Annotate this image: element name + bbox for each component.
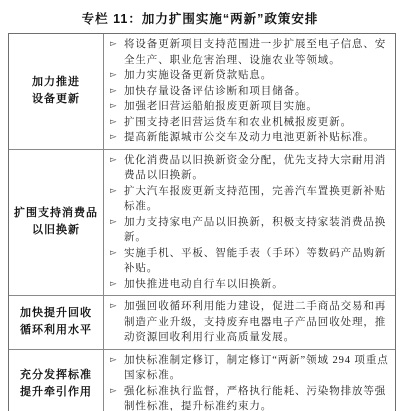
bullet-text: 加快标准制定修订，制定修订“两新”领域 294 项重点国家标准。: [124, 353, 391, 384]
bullet-text: 将设备更新项目支持范围进一步扩展至电子信息、安全生产、职业危害治理、设施农业等领…: [124, 37, 391, 68]
row-content-equipment-renewal: ▻ 将设备更新项目支持范围进一步扩展至电子信息、安全生产、职业危害治理、设施农业…: [104, 34, 395, 149]
arrow-bullet-icon: ▻: [110, 37, 124, 53]
bullet-item: ▻ 强化标准执行监督，严格执行能耗、污染物排放等强制性标准，提升标准约束力。: [110, 384, 391, 411]
row-header-standards: 充分发挥标准 提升牵引作用: [9, 350, 104, 411]
table-row-consumer-tradein: 扩围支持消费品 以旧换新 ▻ 优化消费品以旧换新资金分配，优先支持大宗耐用消费品…: [9, 149, 395, 296]
bullet-item: ▻ 扩围支持老旧营运货车和农业机械报废更新。: [110, 115, 391, 131]
row-content-recycling: ▻ 加强回收循环利用能力建设，促进二手商品交易和再制造产业升级，支持废弃电器电子…: [104, 296, 395, 349]
bullet-item: ▻ 加强老旧营运船舶报废更新项目实施。: [110, 99, 391, 115]
bullet-text: 加快推进电动自行车以旧换新。: [124, 277, 391, 293]
row-header-line: 扩围支持消费品: [14, 205, 98, 222]
row-header-line: 提升牵引作用: [20, 384, 92, 401]
table-row-equipment-renewal: 加力推进 设备更新 ▻ 将设备更新项目支持范围进一步扩展至电子信息、安全生产、职…: [9, 34, 395, 149]
arrow-bullet-icon: ▻: [110, 115, 124, 131]
document-title: 专栏 11：加力扩围实施“两新”政策安排: [0, 0, 400, 27]
bullet-text: 提高新能源城市公交车及动力电池更新补贴标准。: [124, 130, 391, 146]
arrow-bullet-icon: ▻: [110, 184, 124, 200]
bullet-item: ▻ 加力支持家电产品以旧换新，积极支持家装消费品换新。: [110, 215, 391, 246]
row-header-line: 加力推进: [32, 74, 80, 91]
arrow-bullet-icon: ▻: [110, 299, 124, 315]
bullet-item: ▻ 优化消费品以旧换新资金分配，优先支持大宗耐用消费品以旧换新。: [110, 153, 391, 184]
row-content-consumer-tradein: ▻ 优化消费品以旧换新资金分配，优先支持大宗耐用消费品以旧换新。 ▻ 扩大汽车报…: [104, 150, 395, 296]
arrow-bullet-icon: ▻: [110, 130, 124, 146]
arrow-bullet-icon: ▻: [110, 68, 124, 84]
table-row-recycling: 加快提升回收 循环利用水平 ▻ 加强回收循环利用能力建设，促进二手商品交易和再制…: [9, 295, 395, 349]
arrow-bullet-icon: ▻: [110, 215, 124, 231]
bullet-text: 实施手机、平板、智能手表（手环）等数码产品购新补贴。: [124, 246, 391, 277]
bullet-text: 加力实施设备更新贷款贴息。: [124, 68, 391, 84]
row-header-line: 充分发挥标准: [20, 367, 92, 384]
policy-table: 加力推进 设备更新 ▻ 将设备更新项目支持范围进一步扩展至电子信息、安全生产、职…: [8, 33, 396, 411]
bullet-text: 加强回收循环利用能力建设，促进二手商品交易和再制造产业升级，支持废弃电器电子产品…: [124, 299, 391, 346]
arrow-bullet-icon: ▻: [110, 153, 124, 169]
bullet-item: ▻ 加快推进电动自行车以旧换新。: [110, 277, 391, 293]
bullet-text: 扩大汽车报废更新支持范围，完善汽车置换更新补贴标准。: [124, 184, 391, 215]
row-header-line: 以旧换新: [32, 222, 80, 239]
bullet-text: 强化标准执行监督，严格执行能耗、污染物排放等强制性标准，提升标准约束力。: [124, 384, 391, 411]
bullet-item: ▻ 实施手机、平板、智能手表（手环）等数码产品购新补贴。: [110, 246, 391, 277]
table-row-standards: 充分发挥标准 提升牵引作用 ▻ 加快标准制定修订，制定修订“两新”领域 294 …: [9, 349, 395, 411]
row-header-line: 加快提升回收: [20, 305, 92, 322]
row-content-standards: ▻ 加快标准制定修订，制定修订“两新”领域 294 项重点国家标准。 ▻ 强化标…: [104, 350, 395, 411]
bullet-text: 加强老旧营运船舶报废更新项目实施。: [124, 99, 391, 115]
row-header-line: 设备更新: [32, 91, 80, 108]
bullet-item: ▻ 将设备更新项目支持范围进一步扩展至电子信息、安全生产、职业危害治理、设施农业…: [110, 37, 391, 68]
row-header-line: 循环利用水平: [20, 322, 92, 339]
arrow-bullet-icon: ▻: [110, 277, 124, 293]
bullet-item: ▻ 加强回收循环利用能力建设，促进二手商品交易和再制造产业升级，支持废弃电器电子…: [110, 299, 391, 346]
bullet-item: ▻ 加快存量设备评估诊断和项目储备。: [110, 84, 391, 100]
bullet-text: 扩围支持老旧营运货车和农业机械报废更新。: [124, 115, 391, 131]
bullet-item: ▻ 提高新能源城市公交车及动力电池更新补贴标准。: [110, 130, 391, 146]
arrow-bullet-icon: ▻: [110, 84, 124, 100]
document-page: 专栏 11：加力扩围实施“两新”政策安排 加力推进 设备更新 ▻ 将设备更新项目…: [0, 0, 400, 411]
row-header-recycling: 加快提升回收 循环利用水平: [9, 296, 104, 349]
bullet-item: ▻ 扩大汽车报废更新支持范围，完善汽车置换更新补贴标准。: [110, 184, 391, 215]
bullet-text: 加快存量设备评估诊断和项目储备。: [124, 84, 391, 100]
row-header-consumer-tradein: 扩围支持消费品 以旧换新: [9, 150, 104, 296]
bullet-item: ▻ 加力实施设备更新贷款贴息。: [110, 68, 391, 84]
arrow-bullet-icon: ▻: [110, 353, 124, 369]
arrow-bullet-icon: ▻: [110, 246, 124, 262]
row-header-equipment-renewal: 加力推进 设备更新: [9, 34, 104, 149]
bullet-text: 优化消费品以旧换新资金分配，优先支持大宗耐用消费品以旧换新。: [124, 153, 391, 184]
bullet-text: 加力支持家电产品以旧换新，积极支持家装消费品换新。: [124, 215, 391, 246]
arrow-bullet-icon: ▻: [110, 99, 124, 115]
bullet-item: ▻ 加快标准制定修订，制定修订“两新”领域 294 项重点国家标准。: [110, 353, 391, 384]
arrow-bullet-icon: ▻: [110, 384, 124, 400]
